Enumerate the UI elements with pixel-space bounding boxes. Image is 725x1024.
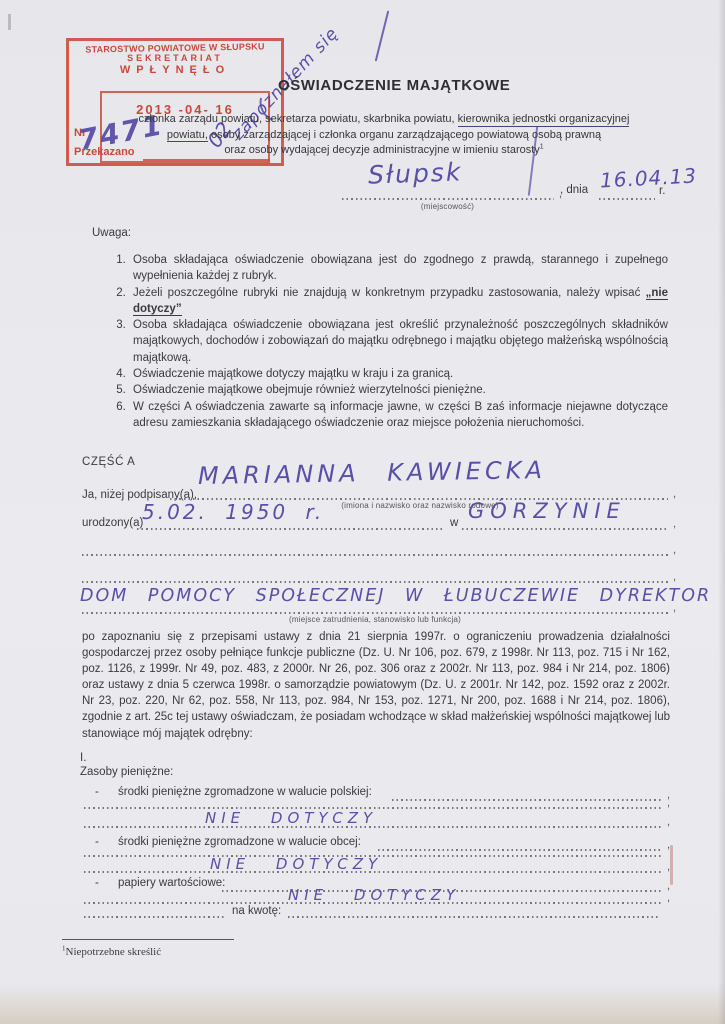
date-dotted-line <box>599 198 655 200</box>
born-label: urodzony(a) <box>82 517 143 529</box>
money-item-2-label: środki pieniężne zgromadzone w walucie o… <box>118 836 361 848</box>
money-item-1-value-handwritten: NIE DOTYCZY <box>205 809 377 827</box>
uwaga-item-6: W części A oświadczenia zawarte są infor… <box>129 399 668 432</box>
employment-caption: (miejsce zatrudnienia, stanowisko lub fu… <box>230 615 520 624</box>
subtitle-line1-underlined: kierownika jednostki organizacyjnej <box>458 113 630 127</box>
scan-edge-mark <box>8 14 11 30</box>
date-value-handwritten: 16.04.13 <box>599 163 697 192</box>
uwaga-item-4: Oświadczenie majątkowe dotyczy majątku w… <box>129 366 668 382</box>
declarant-name-handwritten: MARIANNA KAWIECKA <box>198 456 546 490</box>
uwaga-list-container: Osoba składająca oświadczenie obowiązana… <box>108 252 668 431</box>
uwaga-item-2-text: Jeżeli poszczególne rubryki nie znajdują… <box>133 287 646 299</box>
na-kwote-right-dots <box>288 916 658 918</box>
money-item-1-label: środki pieniężne zgromadzone w walucie p… <box>118 786 372 798</box>
comma: , <box>673 488 676 500</box>
uwaga-heading: Uwaga: <box>92 227 131 239</box>
uwaga-item-4-text: Oświadczenie majątkowe dotyczy majątku w… <box>133 368 453 380</box>
birthplace-handwritten: GÓRZYNIE <box>468 499 626 523</box>
money-item-2-dash: - <box>95 836 99 848</box>
stamp-przekazano-line <box>143 159 269 161</box>
born-date-handwritten: 5.02. 1950 r. <box>142 500 324 524</box>
scan-edge-right-shade <box>718 0 725 1024</box>
uwaga-item-2: Jeżeli poszczególne rubryki nie znajdują… <box>129 285 668 318</box>
dnia-label: , dnia <box>560 184 588 196</box>
comma: , <box>667 816 670 828</box>
footnote-text: 1Niepotrzebne skreślić <box>62 946 161 958</box>
place-value-handwritten: Słupsk <box>368 157 463 189</box>
stamp-department: SEKRETARIAT <box>69 53 281 63</box>
uwaga-item-1: Osoba składająca oświadczenie obowiązana… <box>129 252 668 285</box>
birthplace-dotted-line: , <box>462 528 668 530</box>
footnote-divider <box>62 939 234 940</box>
money-item-1-dots: , <box>392 799 662 801</box>
comma: , <box>673 602 676 614</box>
place-dotted-line: , <box>342 198 554 200</box>
comma: , <box>667 861 670 873</box>
money-item-2-line3: , <box>84 871 662 873</box>
money-item-2-dots: , <box>378 849 662 851</box>
document-subtitle: członka zarządu powiatu, sekretarza powi… <box>88 112 680 159</box>
money-item-3-label: papiery wartościowe: <box>118 877 225 889</box>
subtitle-line-3: oraz osoby wydającej decyzje administrac… <box>88 143 680 159</box>
uwaga-list: Osoba składająca oświadczenie obowiązana… <box>108 252 668 431</box>
comma: , <box>667 839 670 851</box>
empty-dotted-line-1: , <box>82 554 668 556</box>
empty-dotted-line-2: , <box>82 581 668 583</box>
born-dotted-line <box>137 528 443 530</box>
uwaga-item-6-text: W części A oświadczenia zawarte są infor… <box>133 401 668 429</box>
born-in-label: w <box>450 517 458 529</box>
na-kwote-left-dots <box>84 916 226 918</box>
stamp-received-label: WPŁYNĘŁO <box>69 64 281 76</box>
money-item-1-dash: - <box>95 786 99 798</box>
money-item-1-line3: , <box>84 826 662 828</box>
r-suffix: r. <box>659 185 665 197</box>
subtitle-line-2: powiatu, osoby zarządzającej i członka o… <box>88 128 680 144</box>
section-heading: Zasoby pieniężne: <box>80 766 173 778</box>
document-title: OŚWIADCZENIE MAJĄTKOWE <box>278 77 510 94</box>
comma: , <box>673 571 676 583</box>
na-kwote-label: na kwotę: <box>232 905 281 917</box>
comma: , <box>673 518 676 530</box>
subtitle-footnote-ref: 1 <box>540 144 544 151</box>
subtitle-line2-underlined: powiatu, <box>167 129 208 143</box>
footnote-label: Niepotrzebne skreślić <box>66 946 162 958</box>
comma: , <box>667 880 670 892</box>
subtitle-line3-text: oraz osoby wydającej decyzje administrac… <box>224 144 539 156</box>
subtitle-line-1: członka zarządu powiatu, sekretarza powi… <box>88 112 680 128</box>
scanned-document-page: STAROSTWO POWIATOWE W SŁUPSKU SEKRETARIA… <box>0 0 725 1024</box>
money-item-3-line2: , <box>84 902 662 904</box>
red-margin-mark <box>670 845 673 885</box>
part-a-heading: CZĘŚĆ A <box>82 456 135 468</box>
place-caption: (miejscowość) <box>360 202 535 211</box>
comma: , <box>673 544 676 556</box>
subtitle-line2-text: osoby zarządzającej i członka organu zar… <box>208 129 601 141</box>
legal-paragraph: po zapoznaniu się z przepisami ustawy z … <box>82 629 670 742</box>
money-item-3-dash: - <box>95 877 99 889</box>
section-number: I. <box>80 752 86 764</box>
uwaga-item-3: Osoba składająca oświadczenie obowiązana… <box>129 317 668 366</box>
pen-flourish-slash <box>375 11 390 62</box>
subtitle-line1-text: członka zarządu powiatu, sekretarza powi… <box>139 113 458 125</box>
employment-dotted-line: , <box>82 612 668 614</box>
uwaga-item-5: Oświadczenie majątkowe obejmuje również … <box>129 382 668 398</box>
employment-handwritten: DOM POMOCY SPOŁECZNEJ W ŁUBUCZEWIE DYREK… <box>80 586 711 606</box>
uwaga-item-1-text: Osoba składająca oświadczenie obowiązana… <box>133 254 668 282</box>
uwaga-item-3-text: Osoba składająca oświadczenie obowiązana… <box>133 319 668 364</box>
uwaga-item-5-text: Oświadczenie majątkowe obejmuje również … <box>133 384 486 396</box>
comma: , <box>667 892 670 904</box>
comma: , <box>667 797 670 809</box>
